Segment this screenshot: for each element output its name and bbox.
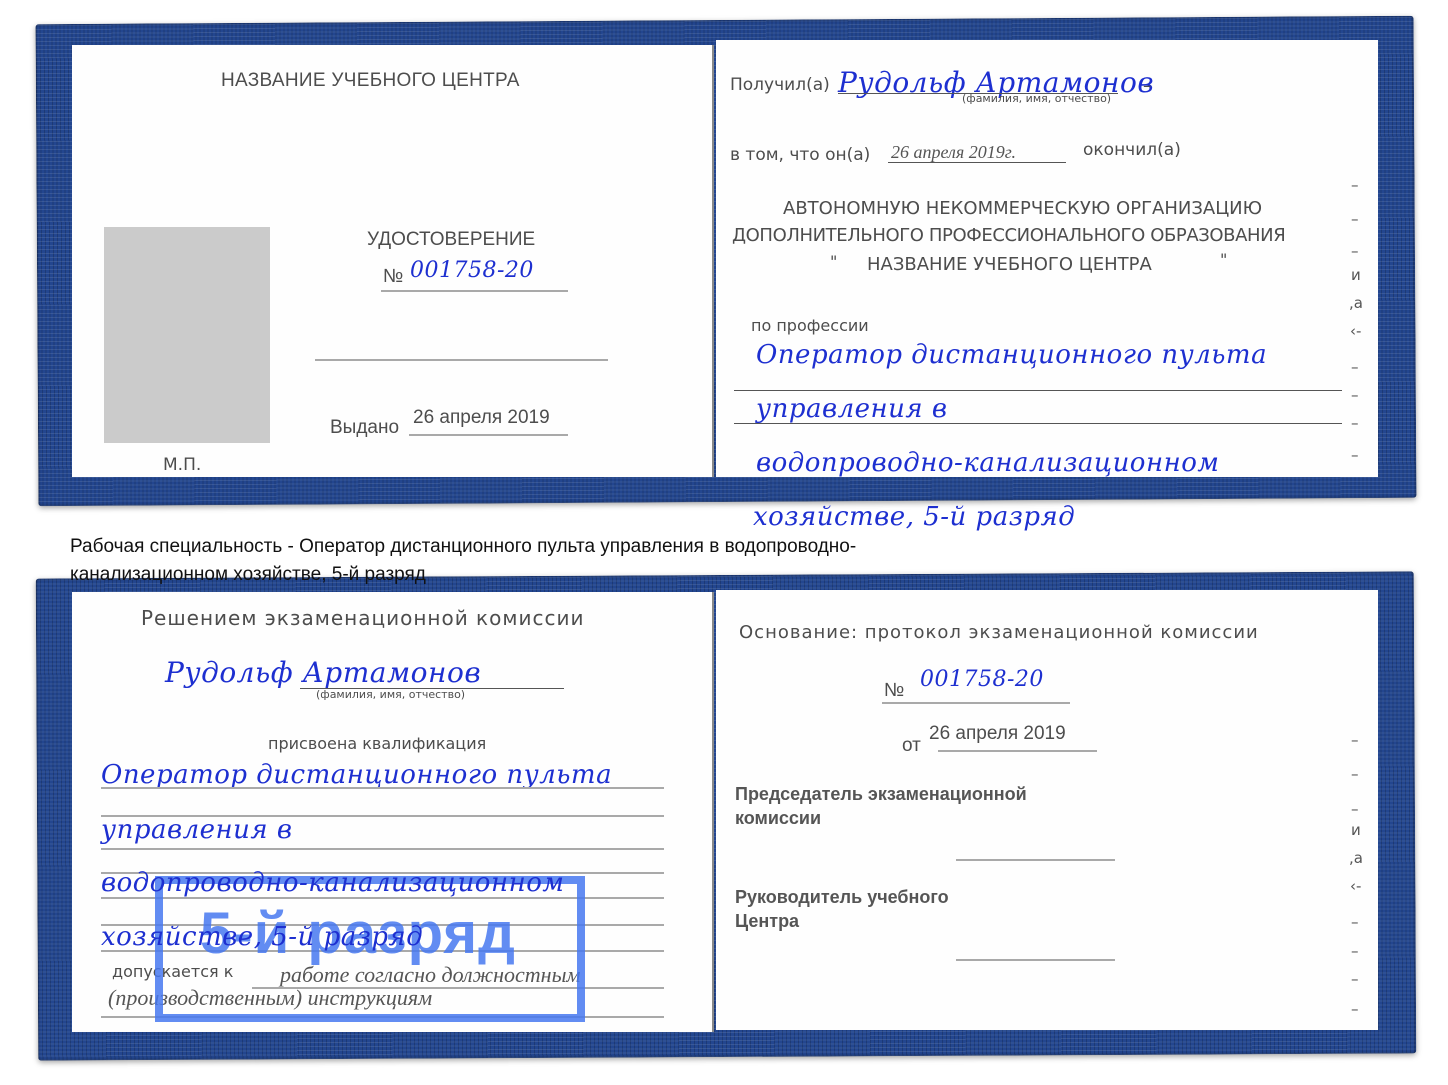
blank-line (315, 359, 608, 361)
org-line-2: ДОПОЛНИТЕЛЬНОГО ПРОФЕССИОНАЛЬНОГО ОБРАЗО… (732, 225, 1285, 246)
number-underline (381, 290, 568, 292)
issued-date: 26 апреля 2019 (413, 407, 550, 429)
head-label-1: Руководитель учебного (735, 887, 949, 908)
dash: – (1143, 76, 1152, 96)
margin-mark: – (1351, 414, 1359, 432)
profession-line-3: водопроводно-канализационном (756, 448, 1219, 478)
chairman-signature-line (956, 859, 1115, 861)
org-quote-close: " (1220, 250, 1227, 269)
qualification-line-4: хозяйстве, 5-й разряд (101, 922, 423, 952)
profession-underline-1 (734, 390, 1342, 391)
profession-label: по профессии (751, 316, 869, 335)
qualification-underline-1 (101, 787, 664, 789)
margin-mark: – (1351, 765, 1359, 783)
margin-mark: – (1351, 242, 1359, 260)
chairman-label-1: Председатель экзаменационной (735, 784, 1027, 805)
chairman-label-2: комиссии (735, 808, 821, 829)
org-quote-open: " (830, 252, 837, 271)
org-line-1: АВТОНОМНУЮ НЕКОММЕРЧЕСКУЮ ОРГАНИЗАЦИЮ (783, 198, 1262, 219)
margin-mark: и (1351, 821, 1361, 839)
spine-top (712, 45, 714, 477)
margin-mark: – (1351, 970, 1359, 988)
margin-mark: – (1351, 800, 1359, 818)
qualification-underline-2 (101, 848, 664, 850)
margin-mark: и (1351, 266, 1361, 284)
that-label: в том, что он(а) (730, 145, 870, 165)
margin-mark: – (1351, 358, 1359, 376)
training-center-name: НАЗВАНИЕ УЧЕБНОГО ЦЕНТРА (221, 70, 520, 92)
name-hint-bottom: (фамилия, имя, отчество) (316, 688, 465, 701)
profession-underline-2 (734, 423, 1342, 424)
certificate-number: 001758-20 (410, 258, 534, 283)
margin-mark: – (1351, 731, 1359, 749)
margin-mark: ‹- (1350, 322, 1361, 340)
qualification-line-2: управления в (101, 815, 293, 845)
basis-label: Основание: протокол экзаменационной коми… (739, 622, 1259, 643)
margin-mark: – (1351, 176, 1359, 194)
issued-label: Выдано (330, 417, 399, 439)
seal-label: М.П. (163, 455, 201, 475)
from-label: от (902, 735, 921, 757)
margin-mark: ‹- (1350, 877, 1361, 895)
margin-mark: ,а (1349, 849, 1363, 867)
number-sign: № (383, 266, 403, 288)
margin-mark: – (1351, 942, 1359, 960)
completed-label: окончил(а) (1083, 140, 1181, 160)
completion-date: 26 апреля 2019г. (891, 142, 1016, 163)
qualification-label: присвоена квалификация (268, 734, 486, 753)
photo-placeholder (104, 227, 270, 443)
margin-mark: – (1351, 386, 1359, 404)
decision-title: Решением экзаменационной комиссии (141, 606, 584, 630)
profession-line-2: управления в (756, 394, 948, 424)
margin-mark: – (1351, 446, 1359, 464)
received-label: Получил(а) (730, 75, 830, 95)
qualification-line-3: водопроводно-канализационном (101, 868, 564, 898)
recipient-name-bottom: Рудольф Артамонов (165, 656, 481, 689)
margin-mark: – (1351, 913, 1359, 931)
protocol-number: 001758-20 (920, 667, 1044, 692)
protocol-number-sign: № (884, 680, 904, 702)
profession-line-4: хозяйстве, 5-й разряд (753, 502, 1075, 532)
protocol-date: 26 апреля 2019 (929, 723, 1066, 745)
spine-bottom (712, 592, 714, 1032)
org-line-3: НАЗВАНИЕ УЧЕБНОГО ЦЕНТРА (867, 254, 1152, 275)
head-signature-line (956, 959, 1115, 961)
protocol-date-underline (938, 750, 1097, 752)
margin-mark: – (1351, 1000, 1359, 1018)
head-label-2: Центра (735, 911, 799, 932)
margin-mark: ,а (1349, 294, 1363, 312)
document-type-title: УДОСТОВЕРЕНИЕ (367, 229, 535, 251)
issued-date-underline (409, 434, 568, 436)
margin-mark: – (1351, 210, 1359, 228)
specialty-caption: Рабочая специальность - Оператор дистанц… (70, 533, 890, 589)
completion-date-underline (888, 162, 1066, 163)
name-hint: (фамилия, имя, отчество) (962, 92, 1111, 105)
qualification-line-1: Оператор дистанционного пульта (101, 760, 612, 790)
protocol-number-underline (882, 702, 1070, 704)
profession-line-1: Оператор дистанционного пульта (756, 340, 1267, 370)
